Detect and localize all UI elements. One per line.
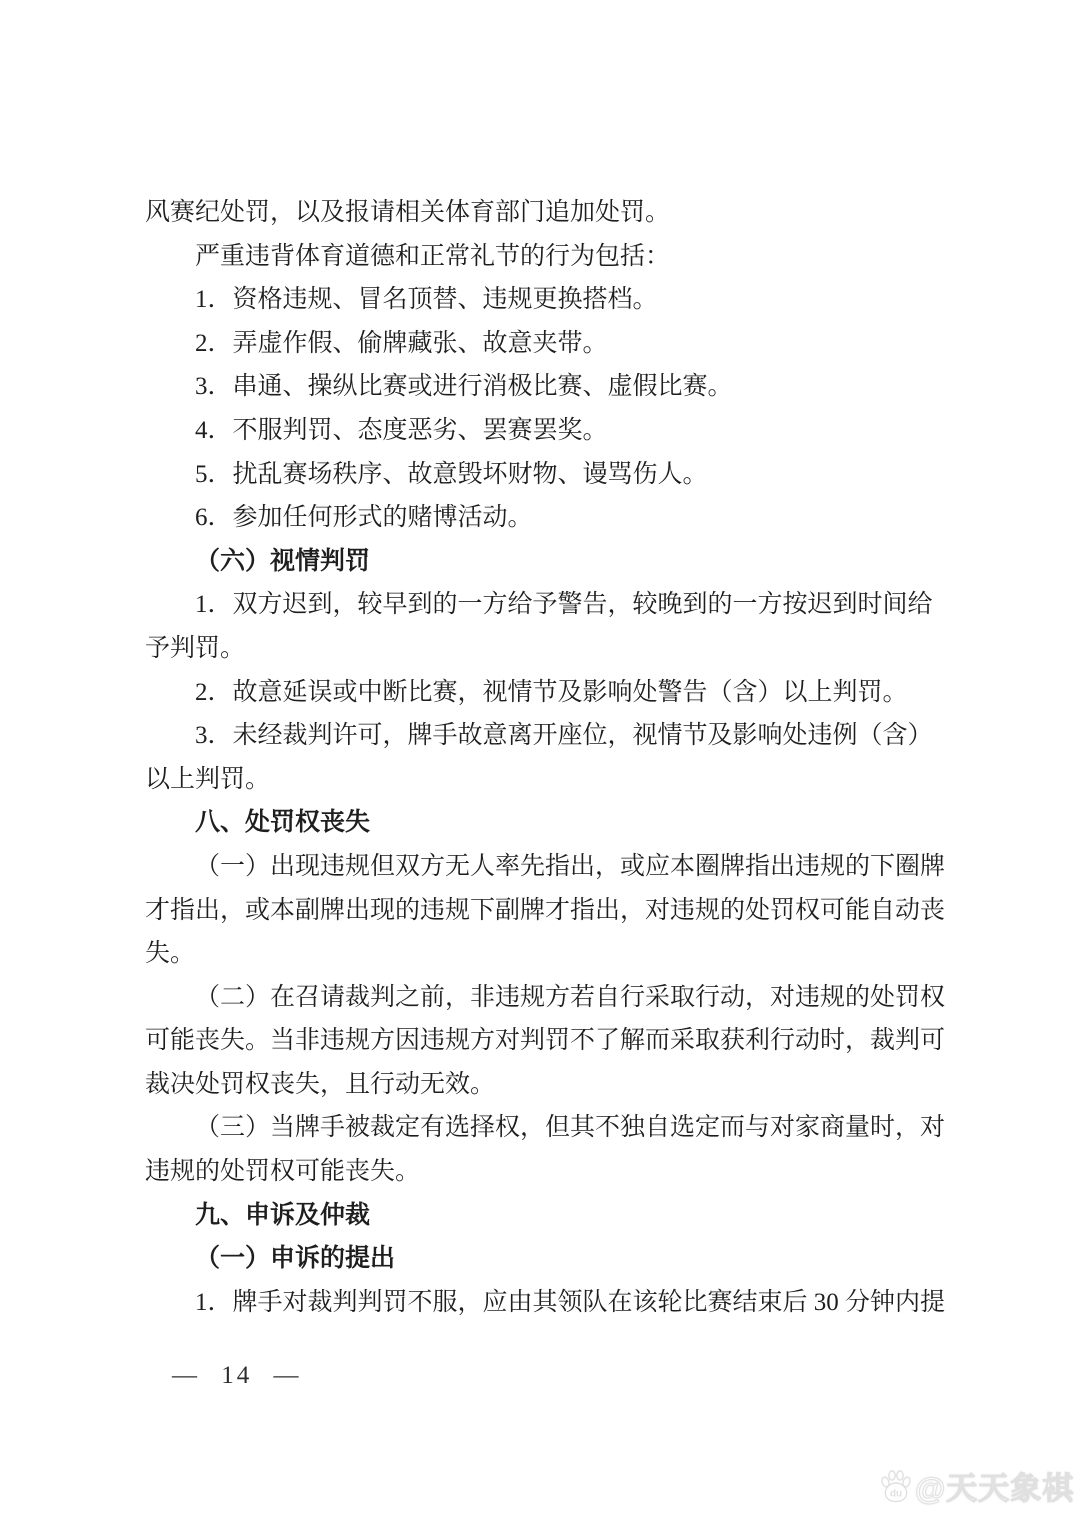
text-line: 2．故意延误或中断比赛，视情节及影响处警告（含）以上判罚。	[145, 671, 945, 715]
text-line: 以上判罚。	[145, 758, 945, 802]
text-line: 风赛纪处罚，以及报请相关体育部门追加处罚。	[145, 191, 945, 235]
baidu-paw-icon: du	[880, 1468, 912, 1504]
text-line: 6．参加任何形式的赌博活动。	[145, 496, 945, 540]
watermark: du @天天象棋	[880, 1463, 1074, 1508]
text-line: 1．牌手对裁判判罚不服，应由其领队在该轮比赛结束后 30 分钟内提	[145, 1281, 945, 1325]
section-heading: 九、申诉及仲裁	[145, 1194, 945, 1238]
text-line: 5．扰乱赛场秩序、故意毁坏财物、谩骂伤人。	[145, 453, 945, 497]
text-line: 4．不服判罚、态度恶劣、罢赛罢奖。	[145, 409, 945, 453]
text-line: 违规的处罚权可能丧失。	[145, 1150, 945, 1194]
section-heading: 八、处罚权丧失	[145, 801, 945, 845]
baidu-paw-icon-label: du	[890, 1488, 902, 1499]
text-line: 1．资格违规、冒名顶替、违规更换搭档。	[145, 278, 945, 322]
page-number: — 14 —	[172, 1362, 302, 1390]
text-line: 3．串通、操纵比赛或进行消极比赛、虚假比赛。	[145, 365, 945, 409]
text-line: 3．未经裁判许可，牌手故意离开座位，视情节及影响处违例（含）	[145, 714, 945, 758]
section-heading: （一）申诉的提出	[145, 1237, 945, 1281]
text-line: 1．双方迟到，较早到的一方给予警告，较晚到的一方按迟到时间给	[145, 583, 945, 627]
document-body: 风赛纪处罚，以及报请相关体育部门追加处罚。严重违背体育道德和正常礼节的行为包括：…	[145, 191, 945, 1324]
text-line: 才指出，或本副牌出现的违规下副牌才指出，对违规的处罚权可能自动丧	[145, 889, 945, 933]
text-line: 失。	[145, 932, 945, 976]
text-line: 予判罚。	[145, 627, 945, 671]
text-line: 严重违背体育道德和正常礼节的行为包括：	[145, 235, 945, 279]
text-line: （二）在召请裁判之前，非违规方若自行采取行动，对违规的处罚权	[145, 976, 945, 1020]
section-heading: （六）视情判罚	[145, 540, 945, 584]
text-line: （一）出现违规但双方无人率先指出，或应本圈牌指出违规的下圈牌	[145, 845, 945, 889]
text-line: 2．弄虚作假、偷牌藏张、故意夹带。	[145, 322, 945, 366]
text-line: 可能丧失。当非违规方因违规方对判罚不了解而采取获利行动时，裁判可	[145, 1019, 945, 1063]
document-page: 风赛纪处罚，以及报请相关体育部门追加处罚。严重违背体育道德和正常礼节的行为包括：…	[0, 0, 1080, 1526]
text-line: （三）当牌手被裁定有选择权，但其不独自选定而与对家商量时，对	[145, 1106, 945, 1150]
text-line: 裁决处罚权丧失，且行动无效。	[145, 1063, 945, 1107]
watermark-text: @天天象棋	[915, 1463, 1074, 1508]
